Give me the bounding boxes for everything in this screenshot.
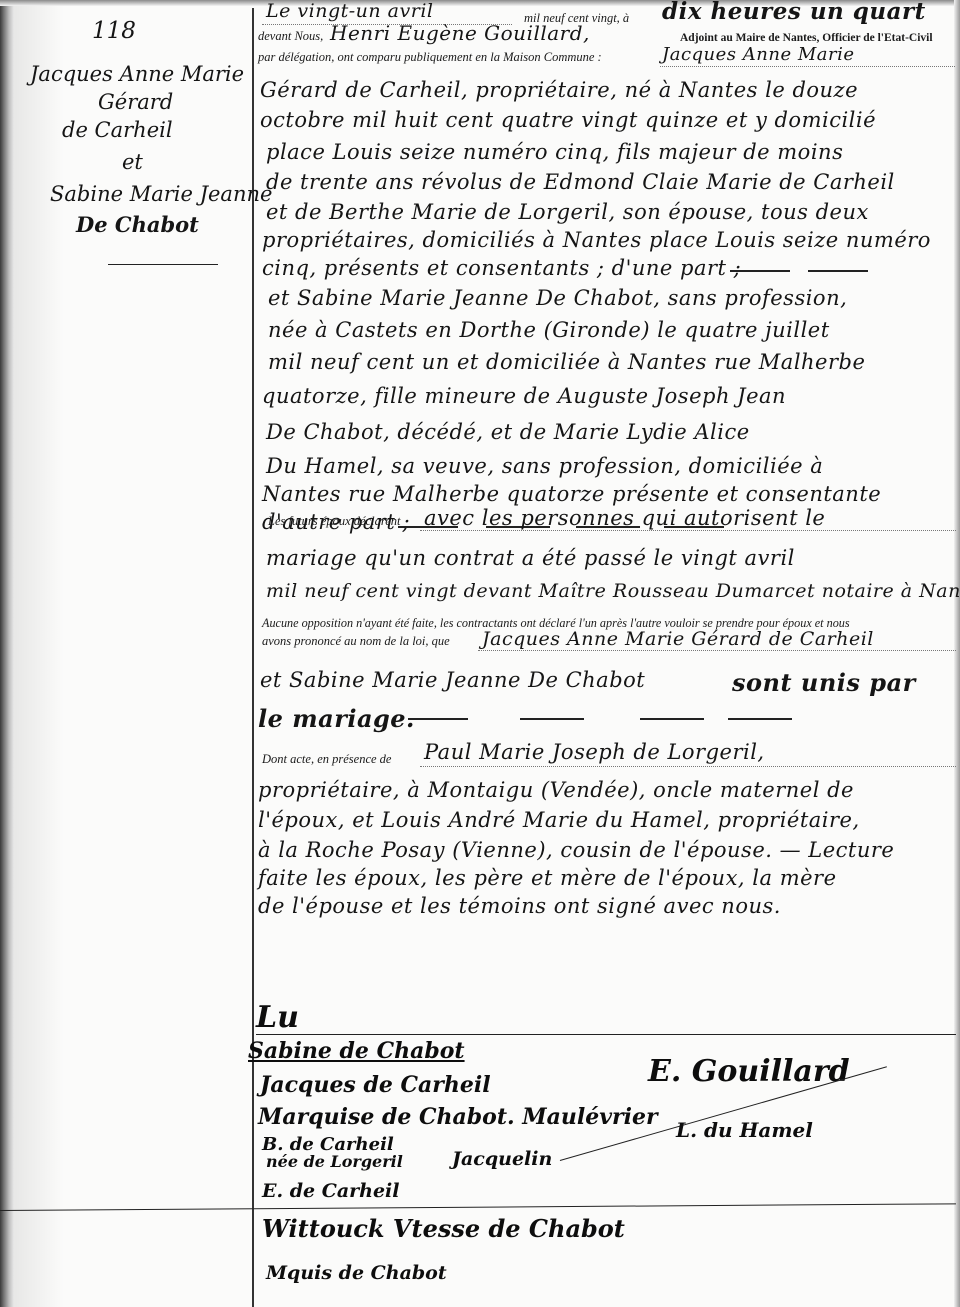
signature: Jacques de Carheil [260,1072,491,1098]
margin-conjunction: et [122,150,143,174]
signature: Mquis de Chabot [266,1262,447,1284]
pronouncement-printed-2: avons prononcé au nom de la loi, que [262,634,450,649]
delegation-printed: par délégation, ont comparu publiquement… [258,50,602,65]
witnesses-printed: Dont acte, en présence de [262,752,391,767]
groom-name-start: Jacques Anne Marie [662,44,855,65]
officer-name: Henri Eugène Gouillard, [330,21,590,45]
bride-line: mil neuf cent un et domiciliée à Nantes … [268,350,865,374]
witness-line: à la Roche Posay (Vienne), cousin de l'é… [258,838,894,862]
signature: Marquise de Chabot. Maulévrier [258,1104,658,1130]
fill-dash [408,718,468,720]
margin-bride-line-2: De Chabot [76,212,199,237]
pronouncement-groom: Jacques Anne Marie Gérard de Carheil [482,628,874,650]
date-handwritten: Le vingt-un avril [266,0,433,22]
fill-dash [640,718,704,720]
officer-signature: E. Gouillard [648,1054,850,1089]
groom-line: octobre mil huit cent quatre vingt quinz… [260,108,876,132]
signature: née de Lorgeril [266,1152,403,1171]
bride-line: et Sabine Marie Jeanne De Chabot, sans p… [268,286,847,310]
officer-title-printed: Adjoint au Maire de Nantes, Officier de … [680,32,933,44]
page-binding-edge [0,0,14,1307]
fill-dash [730,270,790,272]
fill-dash [520,718,584,720]
pronouncement-united: sont unis par [732,668,916,697]
witnesses-underline [420,766,956,767]
signature: Jacquelin [452,1148,552,1170]
devant-nous-printed: devant Nous, [258,29,323,44]
pronouncement-marriage: le mariage. [258,704,415,733]
margin-groom-line-2: Gérard [98,90,173,114]
header-underline [660,66,955,67]
signature-divider-top [256,1034,956,1035]
pronouncement-bride: et Sabine Marie Jeanne De Chabot [260,668,645,692]
witness-line: de l'épouse et les témoins ont signé ave… [258,894,781,918]
margin-groom-line-3: de Carheil [62,118,173,142]
bride-line: Nantes rue Malherbe quatorze présente et… [262,482,881,506]
bride-line: née à Castets en Dorthe (Gironde) le qua… [268,318,830,342]
bride-line: Du Hamel, sa veuve, sans profession, dom… [266,454,823,478]
groom-line: Gérard de Carheil, propriétaire, né à Na… [260,78,858,102]
contract-line: mariage qu'un contrat a été passé le vin… [266,546,795,570]
signature-divider-bottom [0,1203,956,1211]
bride-line: quatorze, fille mineure de Auguste Josep… [262,384,786,408]
groom-line: place Louis seize numéro cinq, fils maje… [266,140,843,164]
signature: Wittouck Vtesse de Chabot [262,1214,625,1243]
signature: Sabine de Chabot [248,1038,465,1064]
signature: L. du Hamel [676,1118,813,1142]
margin-divider [108,264,218,265]
time-handwritten: dix heures un quart [662,0,926,25]
margin-bride-line-1: Sabine Marie Jeanne [50,182,272,206]
fill-dash [808,270,868,272]
groom-line: de trente ans révolus de Edmond Claie Ma… [266,170,895,194]
groom-line: propriétaires, domiciliés à Nantes place… [262,228,931,252]
groom-line: et de Berthe Marie de Lorgeril, son épou… [266,200,869,224]
margin-groom-line-1: Jacques Anne Marie [30,62,244,86]
read-mark: Lu [256,1000,299,1035]
witness-line: Paul Marie Joseph de Lorgeril, [424,740,765,764]
contract-printed: Les futurs époux déclarent [268,514,401,529]
contract-underline [420,530,956,531]
page-right-edge [954,0,960,1307]
witness-line: l'époux, et Louis André Marie du Hamel, … [258,808,860,832]
groom-line: cinq, présents et consentants ; d'une pa… [262,256,741,280]
fill-dash [728,718,792,720]
act-number: 118 [92,18,136,44]
contract-line: mil neuf cent vingt devant Maître Rousse… [266,580,960,602]
witness-line: propriétaire, à Montaigu (Vendée), oncle… [258,778,854,802]
contract-line: avec les personnes qui autorisent le [424,506,825,530]
witness-line: faite les époux, les père et mère de l'é… [258,866,837,890]
pronouncement-underline [478,650,956,651]
signature: E. de Carheil [262,1180,399,1202]
bride-line: De Chabot, décédé, et de Marie Lydie Ali… [266,420,750,444]
